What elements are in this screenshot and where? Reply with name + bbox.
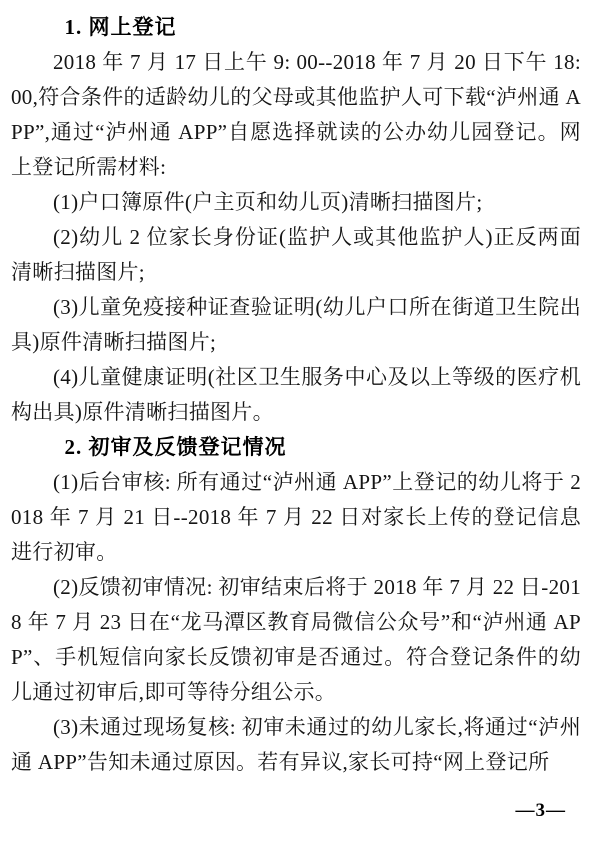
paragraph-material-2: (2)幼儿 2 位家长身份证(监护人或其他监护人)正反两面清晰扫描图片; bbox=[11, 220, 581, 290]
paragraph-review-feedback: (2)反馈初审情况: 初审结束后将于 2018 年 7 月 22 日-2018 … bbox=[11, 570, 581, 710]
section-heading-online-registration: 1. 网上登记 bbox=[11, 10, 581, 45]
paragraph-material-3: (3)儿童免疫接种证查验证明(幼儿户口所在街道卫生院出具)原件清晰扫描图片; bbox=[11, 290, 581, 360]
document-body: 1. 网上登记 2018 年 7 月 17 日上午 9: 00--2018 年 … bbox=[11, 10, 581, 780]
document-page: 1. 网上登记 2018 年 7 月 17 日上午 9: 00--2018 年 … bbox=[0, 0, 596, 847]
page-number: —3— bbox=[516, 800, 567, 822]
paragraph-registration-time: 2018 年 7 月 17 日上午 9: 00--2018 年 7 月 20 日… bbox=[11, 45, 581, 185]
paragraph-backend-review: (1)后台审核: 所有通过“泸州通 APP”上登记的幼儿将于 2018 年 7 … bbox=[11, 465, 581, 570]
paragraph-onsite-recheck: (3)未通过现场复核: 初审未通过的幼儿家长,将通过“泸州通 APP”告知未通过… bbox=[11, 710, 581, 780]
paragraph-material-1: (1)户口簿原件(户主页和幼儿页)清晰扫描图片; bbox=[11, 185, 581, 220]
section-heading-review-feedback: 2. 初审及反馈登记情况 bbox=[11, 430, 581, 465]
paragraph-material-4: (4)儿童健康证明(社区卫生服务中心及以上等级的医疗机构出具)原件清晰扫描图片。 bbox=[11, 360, 581, 430]
